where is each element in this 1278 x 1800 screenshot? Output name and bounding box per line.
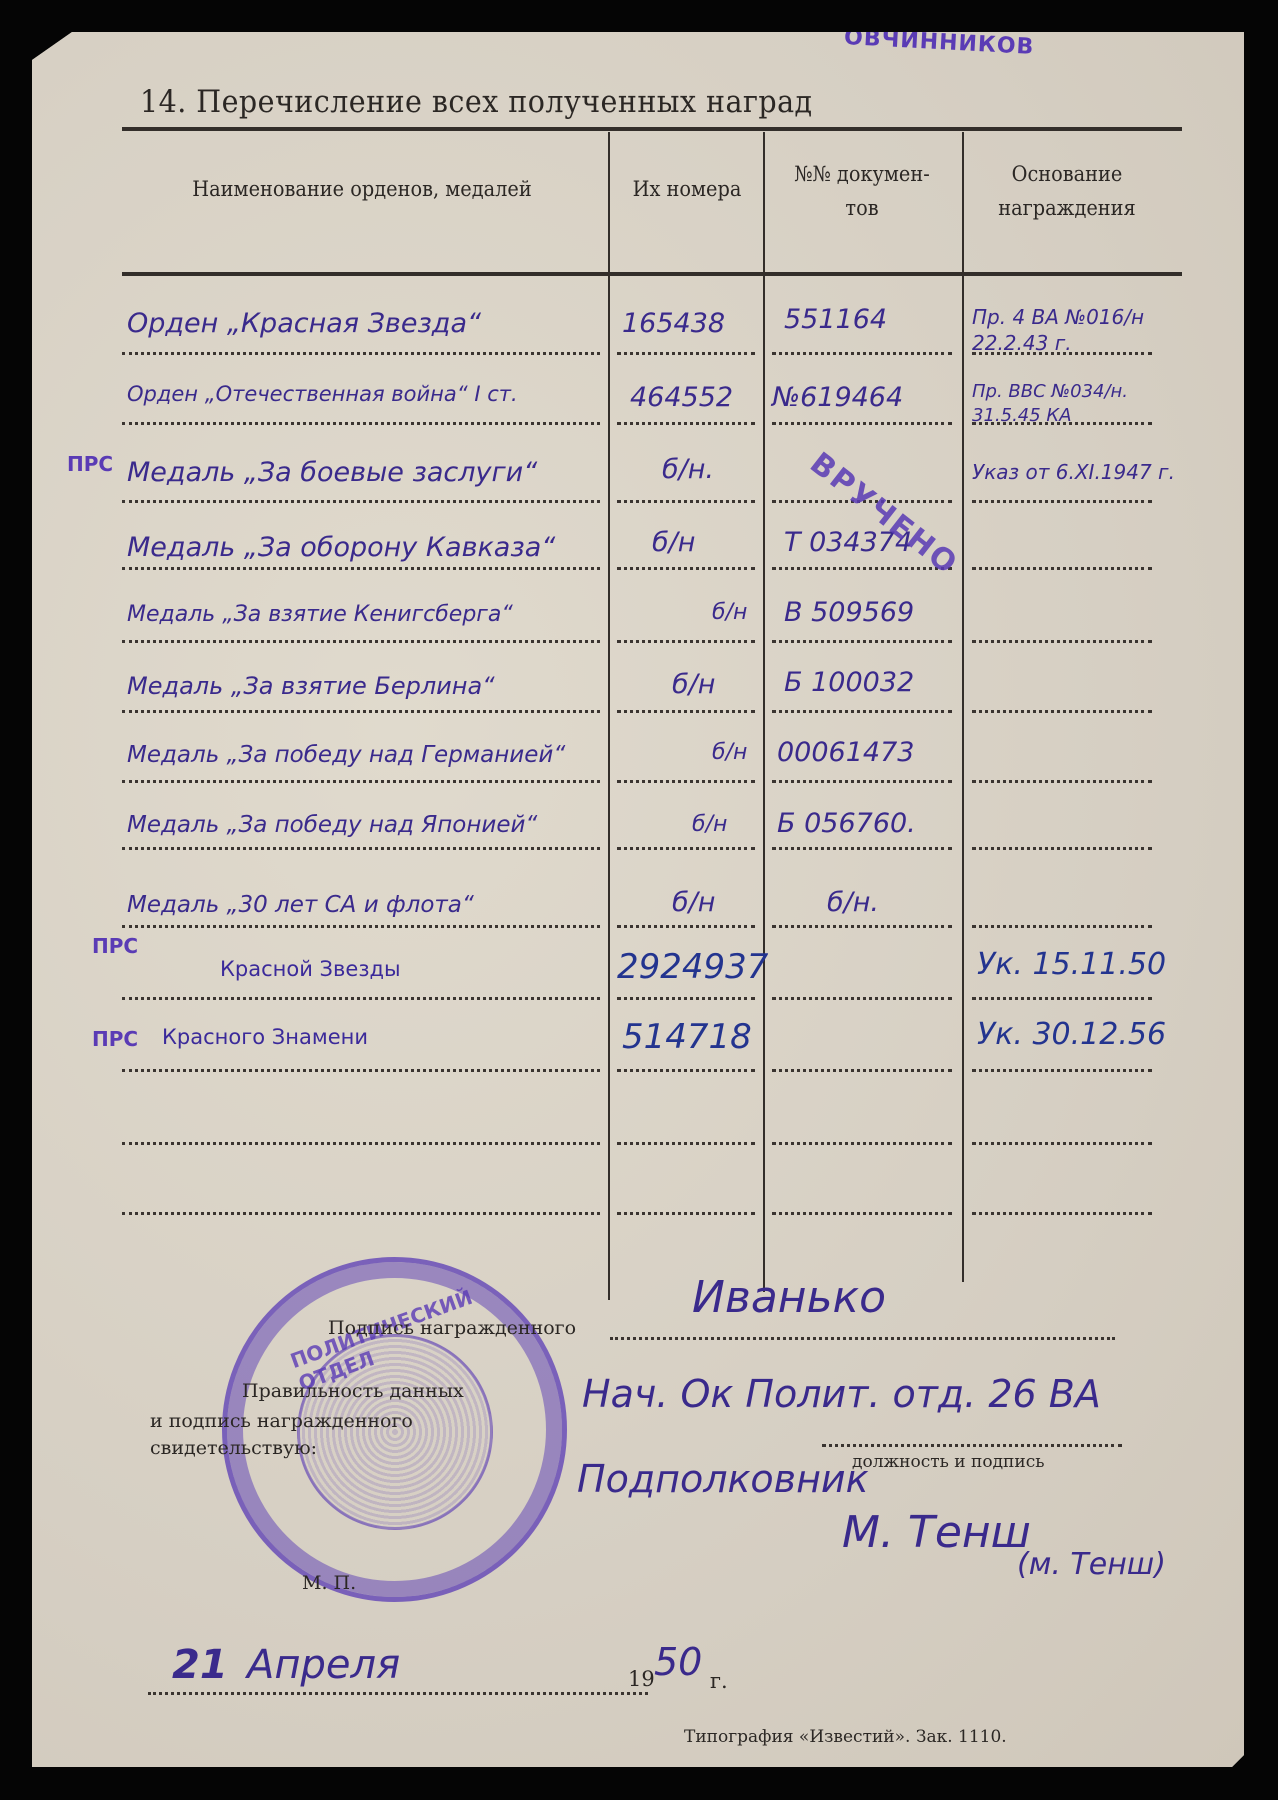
award-name: Медаль „За оборону Кавказа“ xyxy=(127,532,555,563)
award-basis: Пр. ВВС №034/н. 31.5.45 КА xyxy=(972,380,1172,428)
award-record-page: ОВЧИННИКОВ 14. Перечисление всех получен… xyxy=(32,32,1244,1767)
certification-line-2: и подпись награжденного xyxy=(150,1410,413,1432)
official-signature: М. Тенш xyxy=(842,1507,1031,1558)
date-day: 21 xyxy=(172,1642,228,1688)
corner-name-stamp: ОВЧИННИКОВ xyxy=(843,25,1034,60)
table-top-rule xyxy=(122,127,1182,131)
printer-note: Типография «Известий». Зак. 1110. xyxy=(684,1727,1007,1747)
award-name: Медаль „За взятие Кенигсберга“ xyxy=(127,602,513,627)
received-stamp: ВРУЧЕНО xyxy=(803,446,964,583)
award-name: Медаль „За победу над Японией“ xyxy=(127,812,537,838)
award-document: В 509569 xyxy=(784,597,914,628)
award-name: Медаль „За боевые заслуги“ xyxy=(127,457,537,488)
award-number: 514718 xyxy=(622,1017,752,1057)
award-number: б/н xyxy=(712,600,747,625)
award-name: Медаль „За победу над Германией“ xyxy=(127,742,565,768)
date-month: Апреля xyxy=(247,1642,400,1688)
award-number: б/н xyxy=(672,887,715,918)
official-rank: Подполковник xyxy=(577,1457,869,1501)
award-document: Б 100032 xyxy=(784,667,914,698)
award-number: б/н xyxy=(712,740,747,765)
award-number: б/н xyxy=(692,812,727,837)
award-document: б/н. xyxy=(827,887,879,918)
award-number: 2924937 xyxy=(617,947,768,987)
award-document: 00061473 xyxy=(777,737,914,768)
awardee-signature-label: Подпись награжденного xyxy=(328,1317,576,1339)
position-and-signature-label: должность и подпись xyxy=(852,1452,1045,1472)
award-name: Медаль „За взятие Берлина“ xyxy=(127,672,495,700)
column-header-document: №№ докумен-тов xyxy=(779,157,945,225)
award-name: Красного Знамени xyxy=(162,1025,368,1049)
award-document: №619464 xyxy=(772,382,903,413)
prs-stamp: ПРС xyxy=(92,1027,138,1051)
award-number: 464552 xyxy=(630,382,733,413)
award-basis: Ук. 15.11.50 xyxy=(977,947,1166,982)
award-number: б/н xyxy=(652,527,695,558)
column-divider xyxy=(962,132,964,1282)
date-year-suffix: г. xyxy=(710,1669,728,1693)
award-basis: Ук. 30.12.56 xyxy=(977,1017,1166,1052)
date-year: 50 xyxy=(654,1640,702,1684)
award-document: 551164 xyxy=(784,304,887,335)
award-number: б/н. xyxy=(662,454,714,485)
award-document: Б 056760. xyxy=(777,808,916,839)
column-divider xyxy=(608,132,610,1300)
award-basis: Указ от 6.XI.1947 г. xyxy=(972,460,1175,484)
award-name: Орден „Красная Звезда“ xyxy=(127,308,481,339)
section-title: 14. Перечисление всех полученных наград xyxy=(140,84,813,120)
award-name: Орден „Отечественная война“ I ст. xyxy=(127,382,518,406)
award-number: 165438 xyxy=(622,308,725,339)
column-header-basis: Основание награждения xyxy=(975,157,1159,225)
column-header-name: Наименование орденов, медалей xyxy=(178,172,546,206)
award-basis: Пр. 4 ВА №016/н 22.2.43 г. xyxy=(972,304,1162,356)
date-year-prefix: 19 xyxy=(628,1667,655,1691)
awardee-signature: Иванько xyxy=(692,1272,886,1323)
certification-line-3: свидетельствую: xyxy=(150,1437,317,1459)
award-name: Медаль „30 лет СА и флота“ xyxy=(127,892,474,918)
column-header-number: Их номера xyxy=(623,172,752,206)
mp-label: М. П. xyxy=(302,1572,356,1594)
official-position: Нач. Ок Полит. отд. 26 ВА xyxy=(582,1372,1101,1416)
award-number: б/н xyxy=(672,669,715,700)
official-signature-caption: (м. Тенш) xyxy=(1017,1547,1166,1582)
awardee-signature-line xyxy=(610,1337,1115,1340)
prs-stamp: ПРС xyxy=(92,934,138,958)
position-signature-line xyxy=(822,1444,1122,1447)
award-name: Красной Звезды xyxy=(220,957,401,981)
column-divider xyxy=(763,132,765,1292)
table-header-rule xyxy=(122,272,1182,276)
prs-stamp: ПРС xyxy=(67,452,113,476)
certification-line-1: Правильность данных xyxy=(242,1380,464,1402)
